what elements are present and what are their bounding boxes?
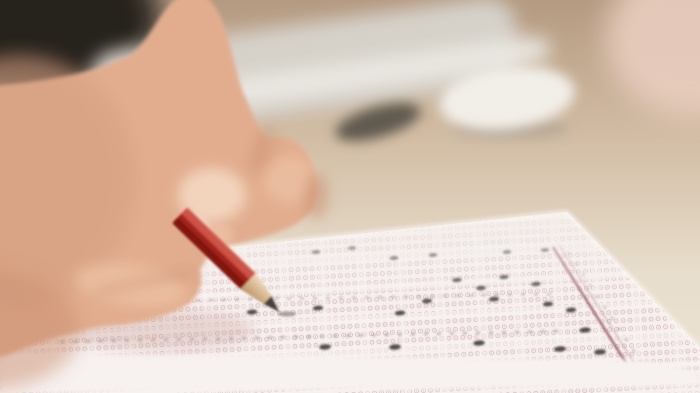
- photo-frame: [0, 0, 700, 393]
- pencil-tip-shadow: [278, 311, 296, 316]
- finger-edge-shadow: [304, 173, 328, 219]
- exam-photo: [0, 0, 700, 393]
